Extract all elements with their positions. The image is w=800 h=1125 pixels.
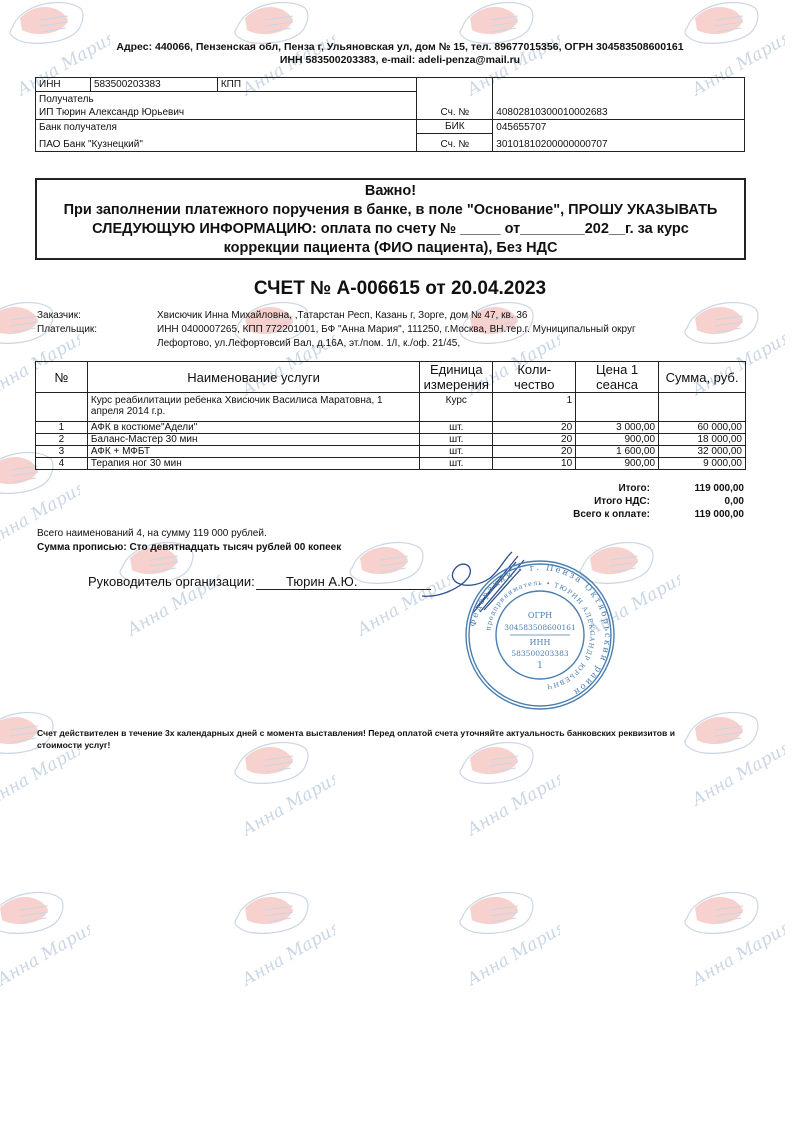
- account-label: Сч. №: [417, 106, 493, 120]
- total-value: 119 000,00: [650, 482, 744, 495]
- cell-num: 4: [36, 458, 88, 470]
- svg-text:304583508600161: 304583508600161: [504, 623, 576, 632]
- cell-qty: 20: [493, 446, 576, 458]
- table-header-row: № Наименование услуги Единицаизмерения К…: [36, 362, 746, 393]
- col-num: №: [36, 362, 88, 393]
- cell-num: 3: [36, 446, 88, 458]
- cell-unit: шт.: [420, 446, 493, 458]
- cell-qty: 20: [493, 434, 576, 446]
- due-value: 119 000,00: [650, 508, 744, 521]
- validity-line-1: Счет действителен в течение 3х календарн…: [37, 727, 749, 739]
- invoice-title: СЧЕТ № А-006615 от 20.04.2023: [0, 278, 800, 300]
- signer-row: Руководитель организации: Тюрин А.Ю.: [88, 574, 255, 589]
- bank-value: ПАО Банк "Кузнецкий": [36, 134, 417, 152]
- account-value-spacer: [493, 78, 745, 92]
- account-label-spacer: [417, 78, 493, 92]
- cell-price: 3 000,00: [576, 422, 659, 434]
- totals-block: Итого:119 000,00 Итого НДС:0,00 Всего к …: [420, 482, 744, 521]
- cell-num: 1: [36, 422, 88, 434]
- cell-unit: шт.: [420, 458, 493, 470]
- bank-label: Банк получателя: [36, 120, 417, 134]
- payer-label: Плательщик:: [37, 323, 147, 336]
- customer-value: Хвисючик Инна Михайловна, ,Татарстан Рес…: [157, 309, 757, 322]
- cell-price: 1 600,00: [576, 446, 659, 458]
- recipient-value: ИП Тюрин Александр Юрьевич: [36, 106, 417, 120]
- validity-notice: Счет действителен в течение 3х календарн…: [37, 727, 749, 751]
- svg-text:ИНН: ИНН: [530, 638, 551, 647]
- validity-line-2: стоимости услуг!: [37, 739, 749, 751]
- cell-sum: 32 000,00: [659, 446, 746, 458]
- bik-label: БИК: [417, 120, 493, 134]
- svg-text:1: 1: [537, 661, 543, 671]
- table-row: 1АФК в костюме"Адели"шт.203 000,0060 000…: [36, 422, 746, 434]
- notice-heading: Важно!: [37, 182, 744, 201]
- col-name: Наименование услуги: [87, 362, 419, 393]
- notice-line-3: коррекции пациента (ФИО пациента), Без Н…: [37, 239, 744, 258]
- cell-unit: шт.: [420, 434, 493, 446]
- kpp-label: КПП: [217, 78, 417, 92]
- payer-value-line-1: ИНН 0400007265, КПП 772201001, БФ "Анна …: [157, 323, 757, 336]
- cell-name: Баланс-Мастер 30 мин: [87, 434, 419, 446]
- cell-name: АФК в костюме"Адели": [87, 422, 419, 434]
- table-row: 2Баланс-Мастер 30 миншт.20900,0018 000,0…: [36, 434, 746, 446]
- table-row: 3АФК + МФБТшт.201 600,0032 000,00: [36, 446, 746, 458]
- vat-label: Итого НДС:: [420, 495, 650, 508]
- inn-value: 583500203383: [90, 78, 217, 92]
- cell-price: 900,00: [576, 458, 659, 470]
- svg-text:583500203383: 583500203383: [511, 649, 568, 658]
- corr-account-value: 30101810200000000707: [493, 134, 745, 152]
- stamp-icon: Российская Федерация • г. Пенза Октябрьс…: [455, 555, 625, 715]
- payer-value-line-2: Лефортово, ул.Лефортовсий Вал, д.16А, эт…: [157, 337, 757, 350]
- due-label: Всего к оплате:: [420, 508, 650, 521]
- table-row-course: Курс реабилитации ребенка Хвисючик Васил…: [36, 393, 746, 422]
- col-sum: Сумма, руб.: [659, 362, 746, 393]
- account-value: 40802810300010002683: [493, 106, 745, 120]
- course-name: Курс реабилитации ребенка Хвисючик Васил…: [87, 393, 419, 422]
- cell-sum: 60 000,00: [659, 422, 746, 434]
- svg-text:ОГРН: ОГРН: [528, 611, 552, 620]
- cell-sum: 9 000,00: [659, 458, 746, 470]
- notice-line-2: СЛЕДУЮЩУЮ ИНФОРМАЦИЮ: оплата по счету № …: [37, 220, 744, 239]
- inn-email-line: ИНН 583500203383, e-mail: adeli-penza@ma…: [0, 54, 800, 67]
- amount-in-words: Сумма прописью: Сто девятнадцать тысяч р…: [37, 541, 341, 555]
- cell-qty: 20: [493, 422, 576, 434]
- company-header: Адрес: 440066, Пензенская обл, Пенза г, …: [0, 41, 800, 67]
- cell-qty: 10: [493, 458, 576, 470]
- customer-label: Заказчик:: [37, 309, 147, 322]
- col-qty: Коли-чество: [493, 362, 576, 393]
- col-price: Цена 1сеанса: [576, 362, 659, 393]
- recipient-label: Получатель: [36, 92, 417, 106]
- cell-num: 2: [36, 434, 88, 446]
- summary-block: Всего наименований 4, на сумму 119 000 р…: [37, 527, 341, 555]
- cell-name: АФК + МФБТ: [87, 446, 419, 458]
- address-line: Адрес: 440066, Пензенская обл, Пенза г, …: [0, 41, 800, 54]
- bank-details-table: ИНН 583500203383 КПП Получатель ИП Тюрин…: [35, 77, 745, 152]
- bik-value: 045655707: [493, 120, 745, 134]
- col-unit: Единицаизмерения: [420, 362, 493, 393]
- corr-account-label: Сч. №: [417, 134, 493, 152]
- vat-value: 0,00: [650, 495, 744, 508]
- cell-price: 900,00: [576, 434, 659, 446]
- notice-line-1: При заполнении платежного поручения в ба…: [37, 201, 744, 220]
- count-line: Всего наименований 4, на сумму 119 000 р…: [37, 527, 341, 541]
- cell-name: Терапия ног 30 мин: [87, 458, 419, 470]
- important-notice: Важно! При заполнении платежного поручен…: [35, 178, 746, 260]
- table-row: 4Терапия ног 30 миншт.10900,009 000,00: [36, 458, 746, 470]
- signer-role-label: Руководитель организации:: [88, 574, 255, 589]
- total-label: Итого:: [420, 482, 650, 495]
- cell-sum: 18 000,00: [659, 434, 746, 446]
- cell-unit: шт.: [420, 422, 493, 434]
- inn-label: ИНН: [36, 78, 91, 92]
- signer-name: Тюрин А.Ю.: [256, 574, 431, 590]
- services-table: № Наименование услуги Единицаизмерения К…: [35, 361, 746, 470]
